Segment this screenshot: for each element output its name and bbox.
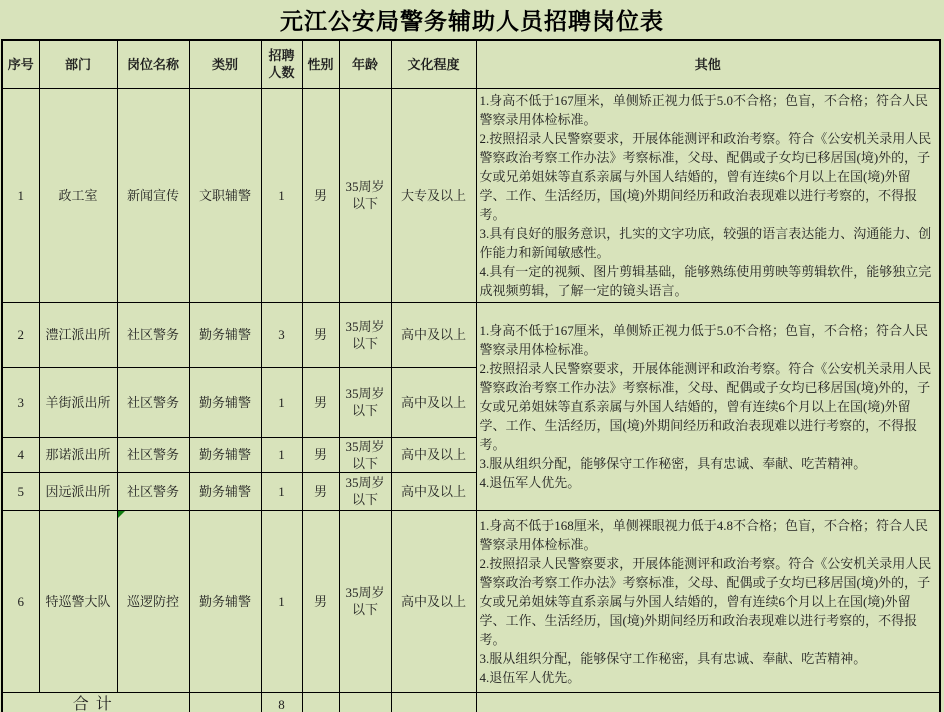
page-title: 元江公安局警务辅助人员招聘岗位表 [0,0,944,39]
table-row: 1 政工室 新闻宣传 文职辅警 1 男 35周岁以下 大专及以上 1.身高不低于… [2,88,940,302]
cell-serial: 3 [2,367,39,437]
cell-serial: 6 [2,510,39,692]
cell-education: 高中及以上 [391,367,476,437]
total-empty-education [391,692,476,712]
cell-count: 1 [261,367,302,437]
requirement-item: 1.身高不低于167厘米，单侧矫正视力低于5.0不合格；色盲，不合格；符合人民警… [480,321,936,359]
cell-age: 35周岁以下 [339,437,391,472]
cell-age: 35周岁以下 [339,302,391,367]
total-empty-category [189,692,261,712]
cell-age: 35周岁以下 [339,367,391,437]
cell-category: 勤务辅警 [189,510,261,692]
requirement-item: 3.服从组织分配，能够保守工作秘密，具有忠诚、奉献、吃苦精神。 [480,649,936,668]
total-empty-age [339,692,391,712]
requirement-item: 1.身高不低于167厘米，单侧矫正视力低于5.0不合格；色盲，不合格；符合人民警… [480,91,936,129]
cell-department: 特巡警大队 [39,510,117,692]
cell-serial: 2 [2,302,39,367]
table-row: 2 澧江派出所 社区警务 勤务辅警 3 男 35周岁以下 高中及以上 1.身高不… [2,302,940,367]
cell-education: 高中及以上 [391,472,476,510]
cell-age: 35周岁以下 [339,472,391,510]
header-row: 序号 部门 岗位名称 类别 招聘人数 性别 年龄 文化程度 其他 [2,40,940,88]
header-requirements: 其他 [476,40,940,88]
cell-education: 大专及以上 [391,88,476,302]
requirement-item: 1.身高不低于168厘米，单侧裸眼视力低于4.8不合格；色盲，不合格；符合人民警… [480,516,936,554]
cell-position: 新闻宣传 [117,88,189,302]
cell-education: 高中及以上 [391,437,476,472]
cell-count: 1 [261,88,302,302]
total-count: 8 [261,692,302,712]
cell-category: 勤务辅警 [189,367,261,437]
cell-position: 社区警务 [117,367,189,437]
requirement-item: 3.服从组织分配，能够保守工作秘密，具有忠诚、奉献、吃苦精神。 [480,454,936,473]
total-label: 合计 [2,692,189,712]
requirement-item: 4.退伍军人优先。 [480,668,936,687]
cell-requirements: 1.身高不低于168厘米，单侧裸眼视力低于4.8不合格；色盲，不合格；符合人民警… [476,510,940,692]
recruitment-sheet: 元江公安局警务辅助人员招聘岗位表 序号 部门 岗位名称 类别 招聘人数 性别 年… [0,0,944,712]
header-serial: 序号 [2,40,39,88]
cell-category: 勤务辅警 [189,437,261,472]
header-gender: 性别 [302,40,339,88]
cell-position-label: 巡逻防控 [127,594,179,609]
cell-gender: 男 [302,437,339,472]
requirement-item: 2.按照招录人民警察要求，开展体能测评和政治考察。符合《公安机关录用人民警察政治… [480,359,936,454]
cell-count: 1 [261,437,302,472]
cell-category: 勤务辅警 [189,302,261,367]
cell-requirements-merged: 1.身高不低于167厘米，单侧矫正视力低于5.0不合格；色盲，不合格；符合人民警… [476,302,940,510]
cell-department: 羊街派出所 [39,367,117,437]
cell-count: 3 [261,302,302,367]
cell-category: 文职辅警 [189,88,261,302]
cell-serial: 4 [2,437,39,472]
requirement-item: 3.具有良好的服务意识，扎实的文字功底，较强的语言表达能力、沟通能力、创作能力和… [480,224,936,262]
requirement-item: 2.按照招录人民警察要求，开展体能测评和政治考察。符合《公安机关录用人民警察政治… [480,129,936,224]
cell-department: 政工室 [39,88,117,302]
total-empty-gender [302,692,339,712]
cell-department: 澧江派出所 [39,302,117,367]
cell-serial: 5 [2,472,39,510]
header-position: 岗位名称 [117,40,189,88]
cell-department: 那诺派出所 [39,437,117,472]
requirement-item: 2.按照招录人民警察要求，开展体能测评和政治考察。符合《公安机关录用人民警察政治… [480,554,936,649]
cell-education: 高中及以上 [391,510,476,692]
cell-gender: 男 [302,88,339,302]
cell-count: 1 [261,472,302,510]
cell-category: 勤务辅警 [189,472,261,510]
cell-gender: 男 [302,367,339,437]
cell-position: 巡逻防控 [117,510,189,692]
cell-error-indicator-icon [118,511,125,518]
header-age: 年龄 [339,40,391,88]
cell-position: 社区警务 [117,437,189,472]
cell-age: 35周岁以下 [339,88,391,302]
header-category: 类别 [189,40,261,88]
cell-gender: 男 [302,302,339,367]
requirement-item: 4.退伍军人优先。 [480,473,936,492]
cell-department: 因远派出所 [39,472,117,510]
total-empty-requirements [476,692,940,712]
cell-requirements: 1.身高不低于167厘米，单侧矫正视力低于5.0不合格；色盲，不合格；符合人民警… [476,88,940,302]
header-count: 招聘人数 [261,40,302,88]
cell-gender: 男 [302,510,339,692]
table-row: 6 特巡警大队 巡逻防控 勤务辅警 1 男 35周岁以下 高中及以上 1.身高不… [2,510,940,692]
cell-position: 社区警务 [117,302,189,367]
total-row: 合计 8 [2,692,940,712]
cell-serial: 1 [2,88,39,302]
cell-count: 1 [261,510,302,692]
recruitment-table: 序号 部门 岗位名称 类别 招聘人数 性别 年龄 文化程度 其他 1 政工室 新… [1,39,941,712]
header-department: 部门 [39,40,117,88]
cell-education: 高中及以上 [391,302,476,367]
cell-position: 社区警务 [117,472,189,510]
cell-age: 35周岁以下 [339,510,391,692]
header-education: 文化程度 [391,40,476,88]
cell-gender: 男 [302,472,339,510]
requirement-item: 4.具有一定的视频、图片剪辑基础，能够熟练使用剪映等剪辑软件，能够独立完成视频剪… [480,262,936,300]
